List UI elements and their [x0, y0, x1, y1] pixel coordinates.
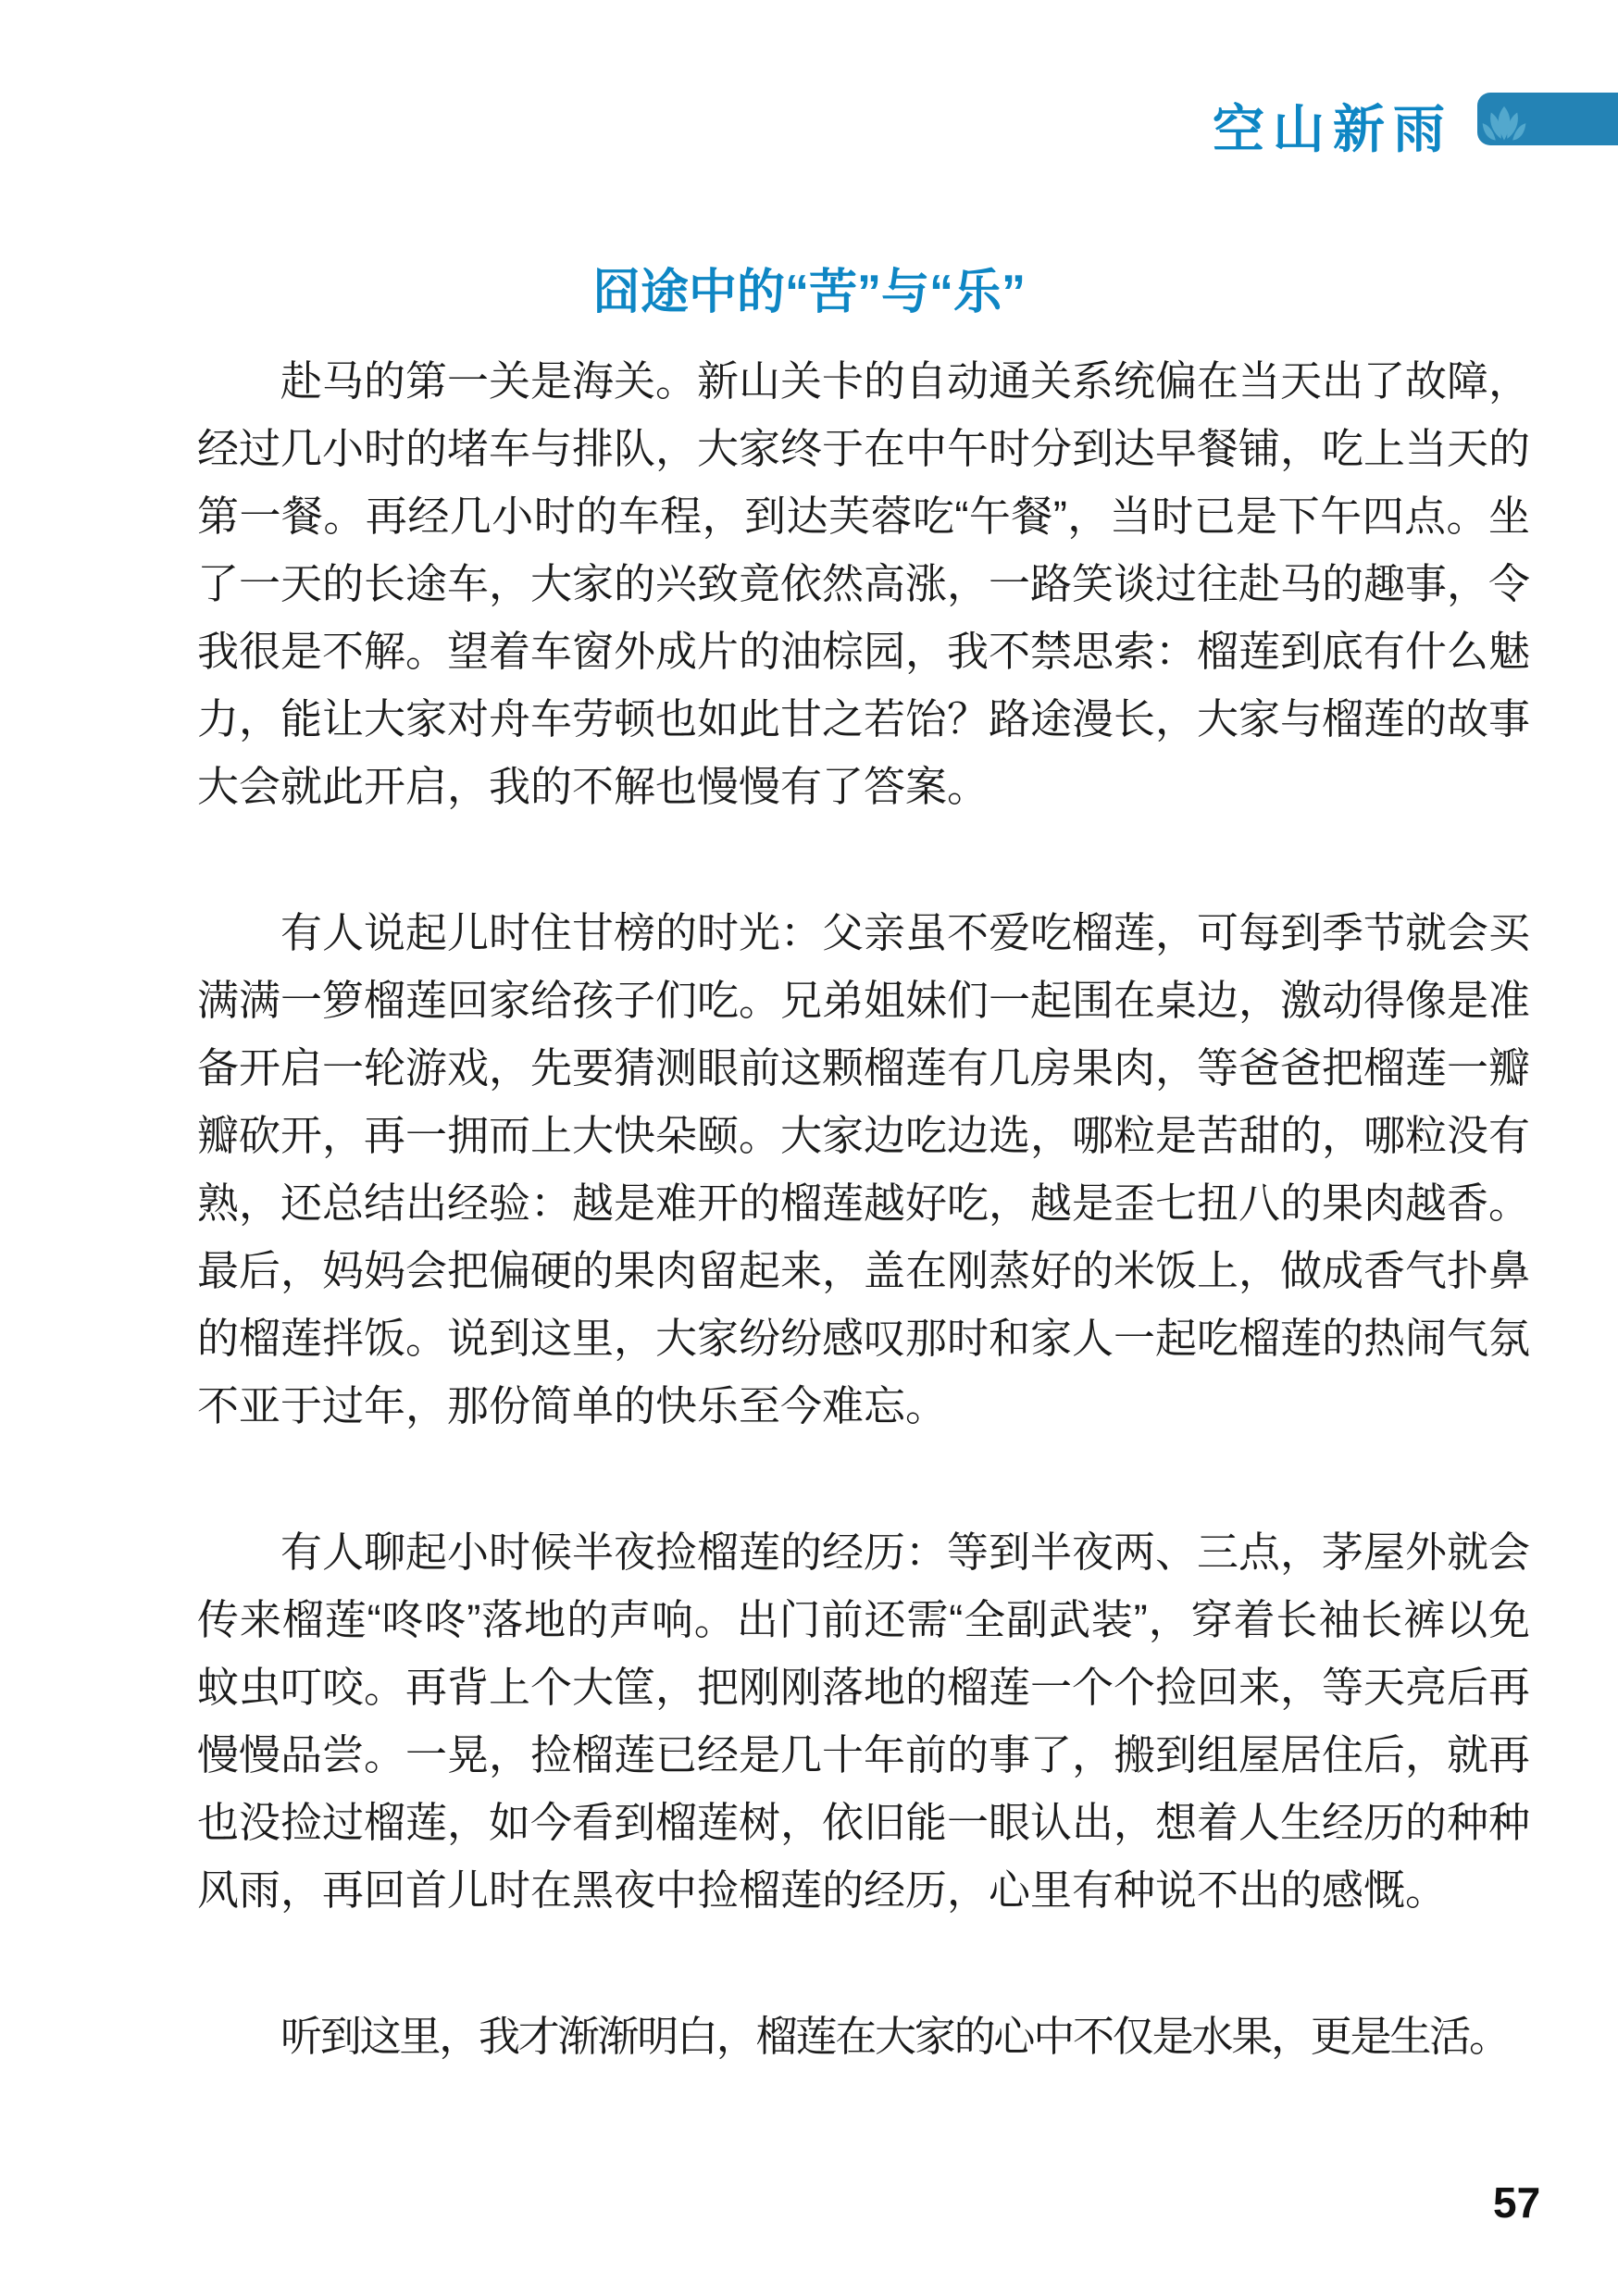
paragraph-4: 听到这里，我才渐渐明白，榴莲在大家的心中不仅是水果，更是生活。 — [197, 2003, 1530, 2070]
book-page: 空山新雨 囧途中的“苦”与“乐” 赴马的第一关是海关。新山关卡的自动通关系统偏在… — [0, 0, 1618, 2296]
paragraph-2: 有人说起儿时住甘榜的时光：父亲虽不爱吃榴莲，可每到季节就会买满满一箩榴莲回家给孩… — [197, 899, 1530, 1440]
paragraph-3: 有人聊起小时候半夜捡榴莲的经历：等到半夜两、三点，茅屋外就会传来榴莲“咚咚”落地… — [197, 1518, 1530, 1924]
page-number: 57 — [1493, 2177, 1540, 2227]
page-title: 囧途中的“苦”与“乐” — [0, 253, 1618, 322]
paragraph-1: 赴马的第一关是海关。新山关卡的自动通关系统偏在当天出了故障，经过几小时的堵车与排… — [197, 347, 1530, 820]
article-body: 赴马的第一关是海关。新山关卡的自动通关系统偏在当天出了故障，经过几小时的堵车与排… — [197, 347, 1530, 2070]
header-logo-badge — [1477, 93, 1618, 145]
section-header-brand: 空山新雨 — [1213, 89, 1453, 163]
